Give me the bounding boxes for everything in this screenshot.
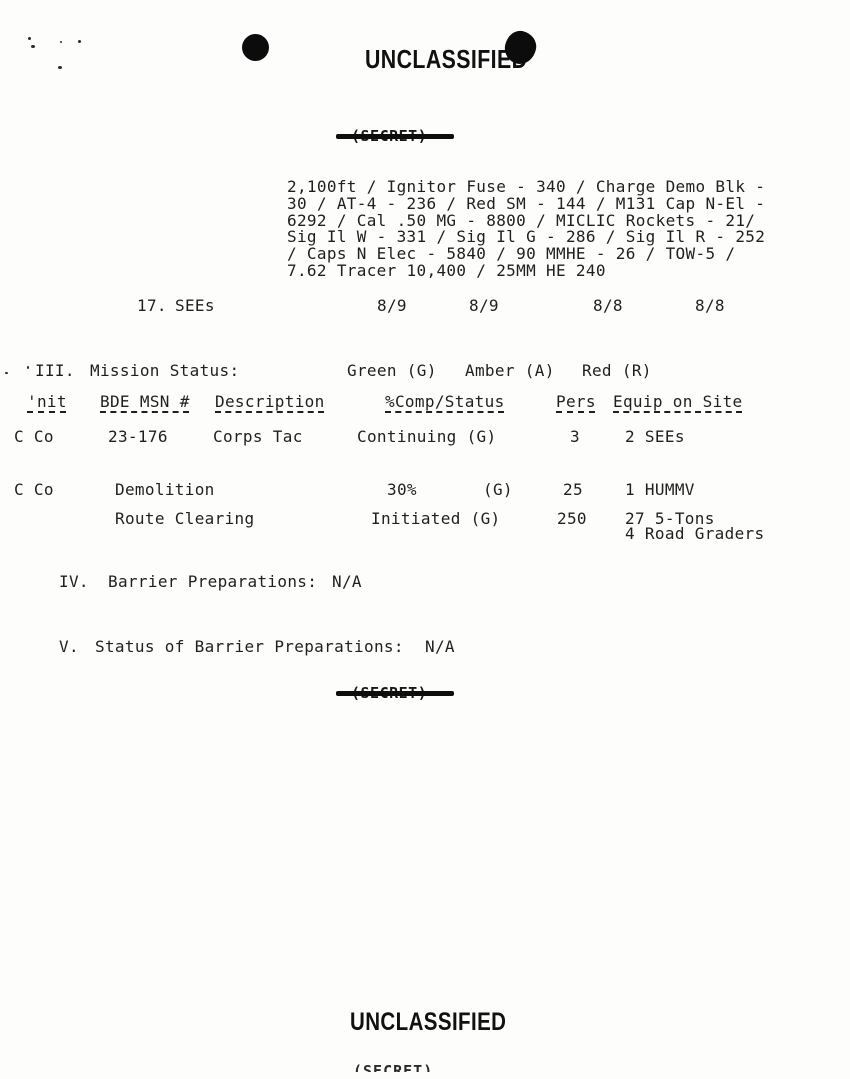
section-iv-title: Barrier Preparations: xyxy=(108,574,317,590)
scan-speckle xyxy=(60,41,62,43)
section-iii-title: Mission Status: xyxy=(90,363,239,379)
partial-secret-footer: (SECRET) xyxy=(353,1061,433,1072)
row-unit: C Co xyxy=(14,482,54,498)
col-header-description: Description xyxy=(215,394,325,410)
scan-speckle xyxy=(78,40,81,43)
top-classification-banner: UNCLASSIFIED xyxy=(365,44,527,75)
struck-secret-marking-mid: (SECRET) xyxy=(336,684,466,706)
row-pct-complete: 30% xyxy=(387,482,417,498)
col-header-comp-status: %Comp/Status xyxy=(385,394,505,410)
sees-value: 8/8 xyxy=(593,298,623,314)
row-status: Continuing (G) xyxy=(357,429,496,445)
status-legend-red: Red (R) xyxy=(582,363,652,379)
section-v-value: N/A xyxy=(425,639,455,655)
section-iv-value: N/A xyxy=(332,574,362,590)
row-pers: 3 xyxy=(570,429,580,445)
scan-speckle xyxy=(31,45,35,48)
col-header-pers: Pers xyxy=(556,394,596,410)
col-header-equip: Equip on Site xyxy=(613,394,743,410)
supply-status-block: 2,100ft / Ignitor Fuse - 340 / Charge De… xyxy=(287,179,765,280)
scan-speckle xyxy=(27,366,29,369)
section-iii-number: III. xyxy=(35,363,75,379)
struck-secret-marking-top: (SECRET) xyxy=(336,127,466,149)
sees-value: 8/8 xyxy=(695,298,725,314)
sees-item-number: 17. xyxy=(137,298,167,314)
row-pers: 25 xyxy=(563,482,583,498)
row-description: Demolition xyxy=(115,482,215,498)
section-v-title: Status of Barrier Preparations: xyxy=(95,639,404,655)
strike-bar xyxy=(336,134,454,139)
row-description: Corps Tac xyxy=(213,429,303,445)
row-equip: 2 SEEs xyxy=(625,429,685,445)
row-description: Route Clearing xyxy=(115,511,254,527)
scan-speckle xyxy=(5,372,8,374)
row-unit: C Co xyxy=(14,429,54,445)
sees-value: 8/9 xyxy=(377,298,407,314)
status-legend-amber: Amber (A) xyxy=(465,363,555,379)
sees-value: 8/9 xyxy=(469,298,499,314)
bottom-classification-banner: UNCLASSIFIED xyxy=(350,1008,506,1037)
row-status: Initiated (G) xyxy=(371,511,501,527)
col-header-bde-msn: BDE MSN # xyxy=(100,394,190,410)
section-iv-number: IV. xyxy=(59,574,89,590)
scan-speckle xyxy=(28,37,31,40)
row-status-code: (G) xyxy=(483,482,513,498)
row-msn: 23-176 xyxy=(108,429,168,445)
status-legend-green: Green (G) xyxy=(347,363,437,379)
col-header-unit: 'nit xyxy=(27,394,67,410)
strike-bar xyxy=(336,691,454,696)
section-v-number: V. xyxy=(59,639,79,655)
document-page: UNCLASSIFIED (SECRET) 2,100ft / Ignitor … xyxy=(0,0,850,1079)
row-pers: 250 xyxy=(557,511,587,527)
ink-dot-mark xyxy=(242,34,269,61)
sees-item-label: SEEs xyxy=(175,298,215,314)
supply-line: 7.62 Tracer 10,400 / 25MM HE 240 xyxy=(287,263,765,280)
secret-marking-text: (SECRET) xyxy=(353,1062,433,1072)
scan-speckle xyxy=(58,66,62,69)
row-equip-line2: 4 Road Graders xyxy=(625,526,764,542)
row-equip: 1 HUMMV xyxy=(625,482,695,498)
